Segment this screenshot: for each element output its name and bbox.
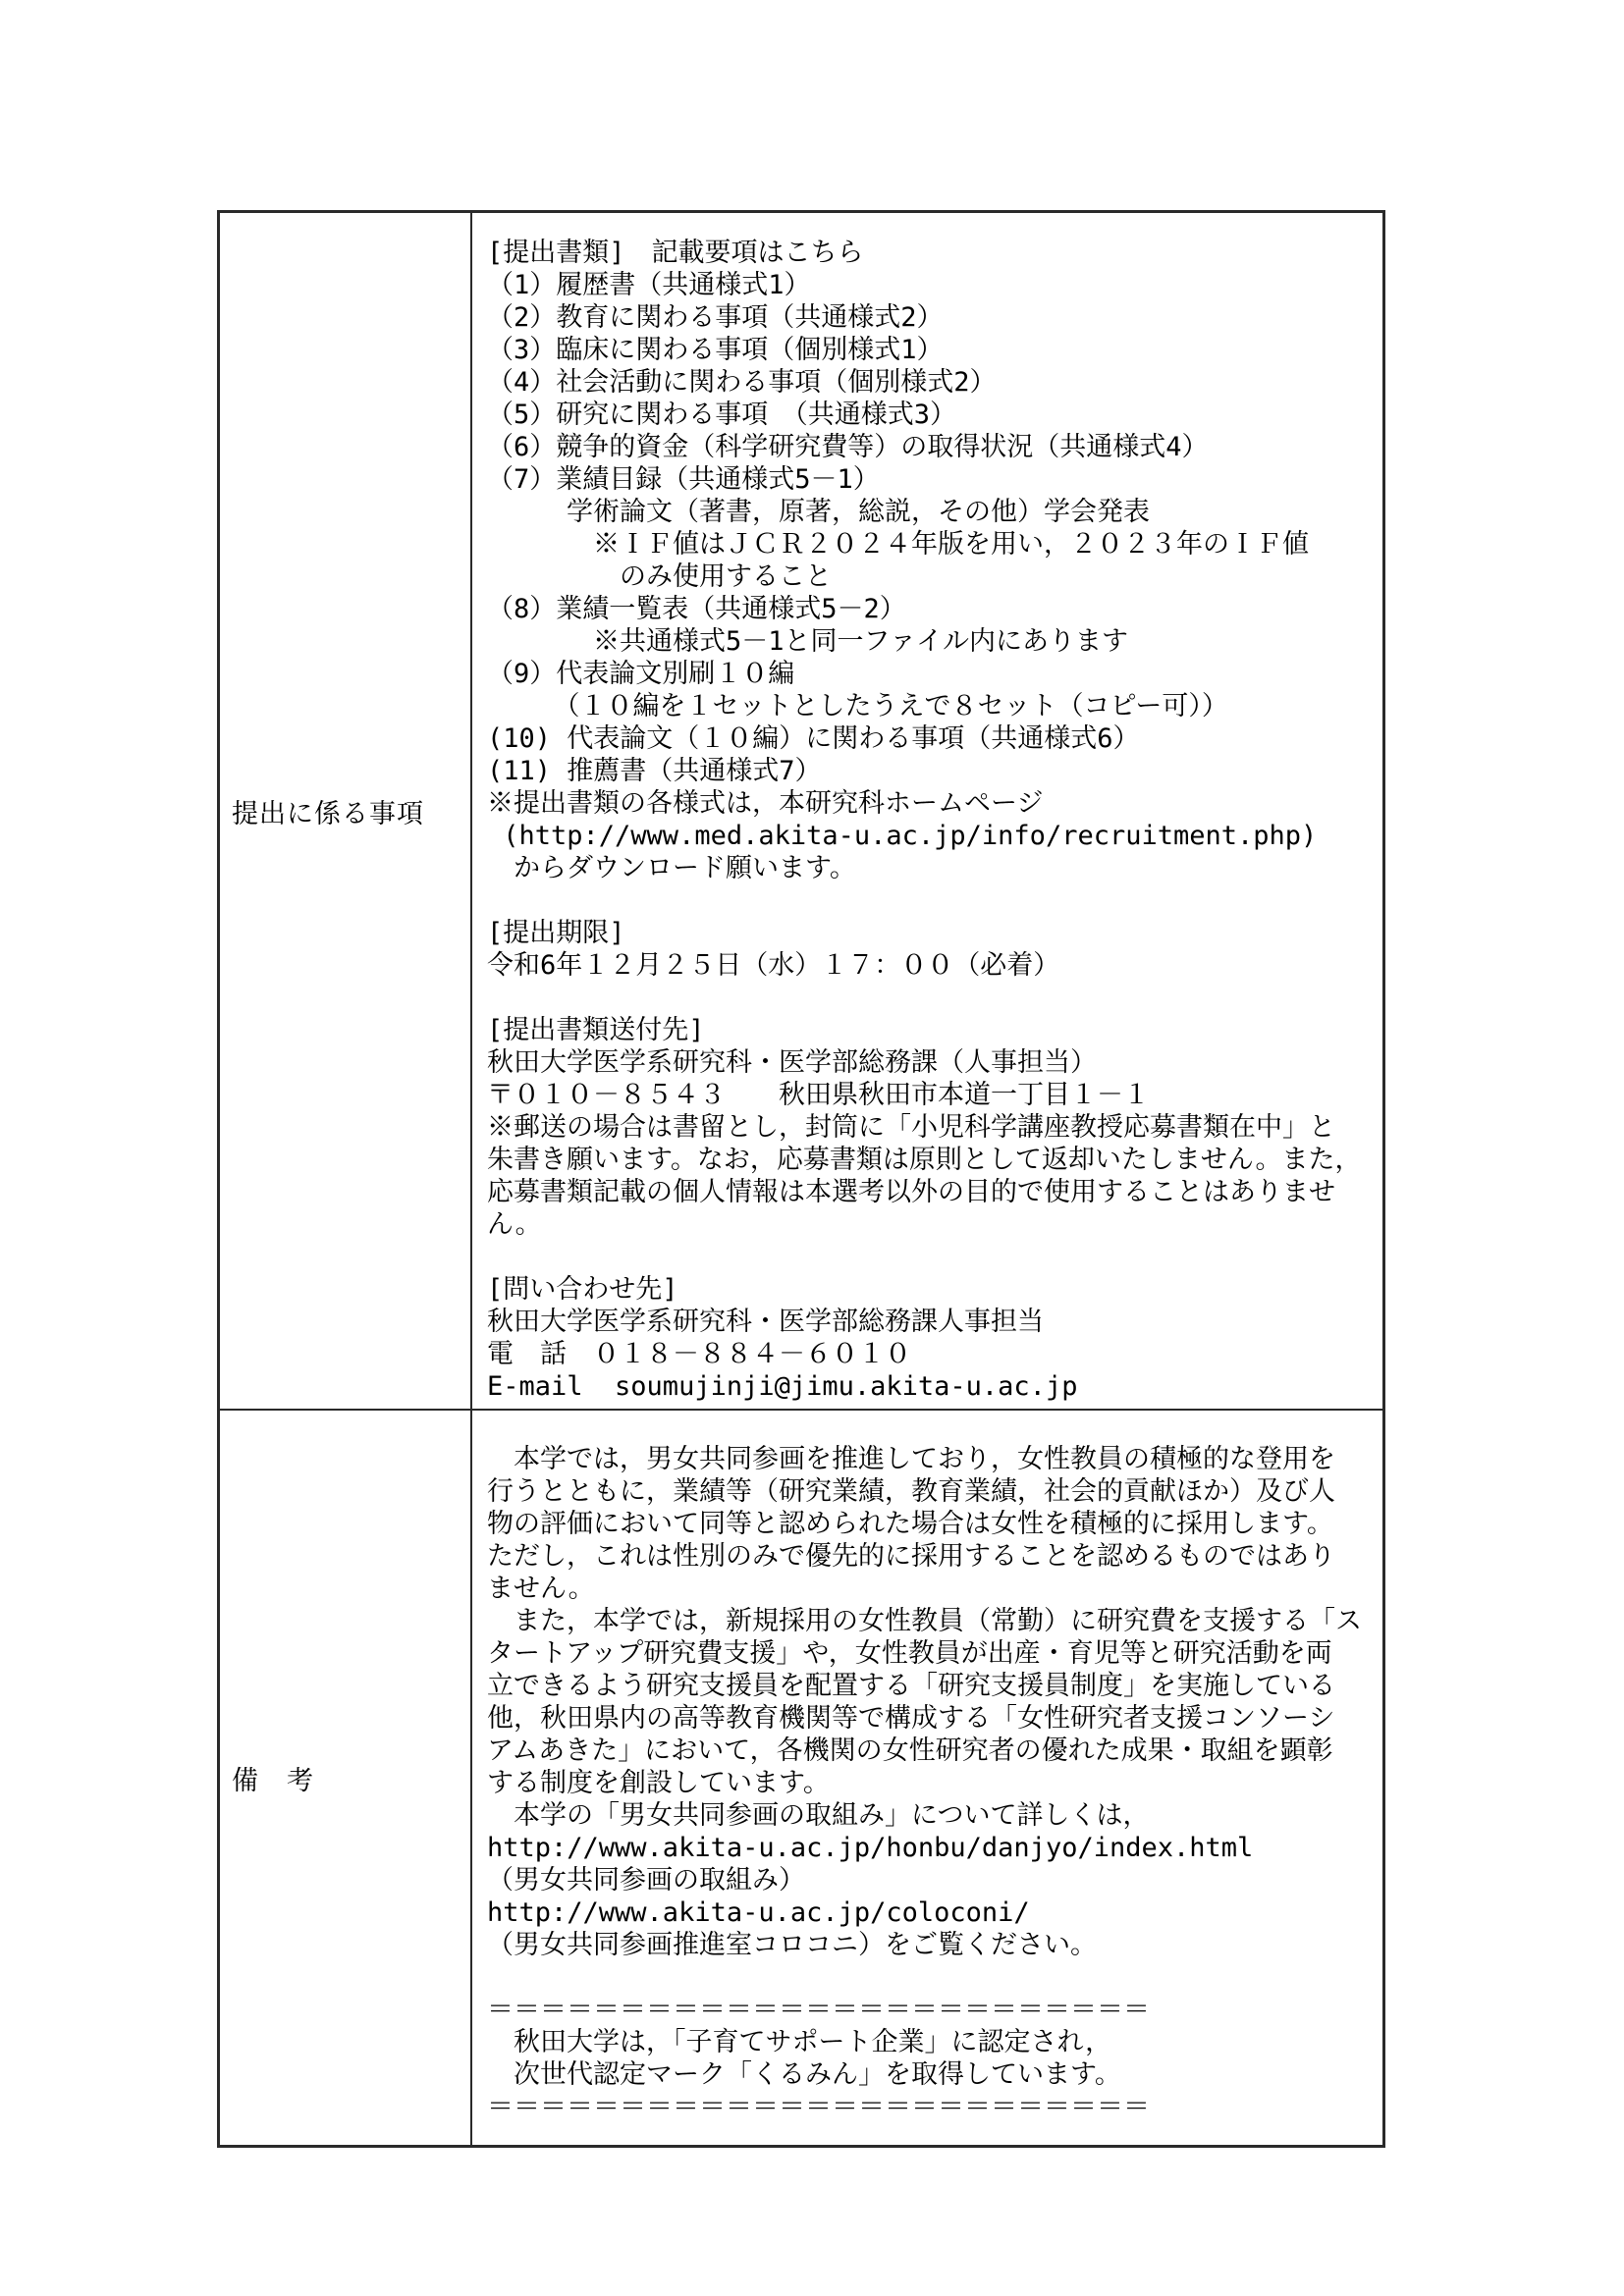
text-line: 物の評価において同等と認められた場合は女性を積極的に採用します。 [487, 1508, 1371, 1540]
text-line: （8）業績一覧表（共通様式5－2） [487, 593, 1371, 625]
text-line: ません。 [487, 1573, 1371, 1605]
text-line: （6）競争的資金（科学研究費等）の取得状況（共通様式4） [487, 431, 1371, 463]
text-line: 本学の「男女共同参画の取組み」について詳しくは， [487, 1799, 1371, 1832]
text-line: （5）研究に関わる事項 （共通様式3） [487, 399, 1371, 431]
text-line: E-mail soumujinji@jimu.akita-u.ac.jp [487, 1370, 1371, 1403]
row-content-submission: [提出書類] 記載要項はこちら（1）履歴書（共通様式1）（2）教育に関わる事項（… [472, 213, 1382, 1409]
text-line: 秋田大学医学系研究科・医学部総務課（人事担当） [487, 1046, 1371, 1079]
text-line: 次世代認定マーク「くるみん」を取得しています。 [487, 2058, 1371, 2091]
text-line: 電 話 ０１８－８８４－６０１０ [487, 1338, 1371, 1370]
text-line: 〒０１０－８５４３ 秋田県秋田市本道一丁目１－１ [487, 1079, 1371, 1111]
text-line: (10) 代表論文（１０編）に関わる事項（共通様式6） [487, 722, 1371, 755]
text-line [487, 1961, 1371, 1994]
text-line: （１０編を１セットとしたうえで８セット（コピー可）） [487, 690, 1371, 722]
text-line: （3）臨床に関わる事項（個別様式1） [487, 334, 1371, 366]
text-line: タートアップ研究費支援」や，女性教員が出産・育児等と研究活動を両 [487, 1637, 1371, 1670]
text-line: ※郵送の場合は書留とし，封筒に「小児科学講座教授応募書類在中」と [487, 1111, 1371, 1144]
document-page: 提出に係る事項 [提出書類] 記載要項はこちら（1）履歴書（共通様式1）（2）教… [0, 0, 1624, 2296]
text-line: 行うとともに，業績等（研究業績，教育業績，社会的貢献ほか）及び人 [487, 1475, 1371, 1508]
text-line: ※ＩＦ値はＪＣＲ２０２４年版を用い，２０２３年のＩＦ値 [487, 528, 1371, 561]
row-label-submission: 提出に係る事項 [220, 213, 472, 1409]
text-line: [問い合わせ先] [487, 1273, 1371, 1306]
text-line: [提出書類送付先] [487, 1014, 1371, 1046]
text-line: ん。 [487, 1208, 1371, 1241]
text-line: [提出期限] [487, 917, 1371, 949]
text-line: 本学では，男女共同参画を推進しており，女性教員の積極的な登用を [487, 1443, 1371, 1475]
text-line: http://www.akita-u.ac.jp/honbu/danjyo/in… [487, 1832, 1371, 1864]
text-line: （7）業績目録（共通様式5－1） [487, 463, 1371, 496]
text-line: （2）教育に関わる事項（共通様式2） [487, 301, 1371, 334]
text-line: また，本学では，新規採用の女性教員（常勤）に研究費を支援する「ス [487, 1605, 1371, 1637]
text-line: のみ使用すること [487, 561, 1371, 593]
row-label-remarks: 備 考 [220, 1411, 472, 2146]
text-line: 秋田大学医学系研究科・医学部総務課人事担当 [487, 1306, 1371, 1338]
text-line: ※提出書類の各様式は，本研究科ホームページ [487, 787, 1371, 820]
text-line: ＝＝＝＝＝＝＝＝＝＝＝＝＝＝＝＝＝＝＝＝＝＝＝＝＝ [487, 2091, 1371, 2123]
text-line: 立できるよう研究支援員を配置する「研究支援員制度」を実施している [487, 1670, 1371, 1702]
text-line: 令和6年１２月２５日（水）１７：００（必着） [487, 949, 1371, 982]
text-line: 朱書き願います。なお，応募書類は原則として返却いたしません。また， [487, 1144, 1371, 1176]
text-line: 応募書類記載の個人情報は本選考以外の目的で使用することはありませ [487, 1176, 1371, 1208]
table-row-remarks: 備 考 本学では，男女共同参画を推進しており，女性教員の積極的な登用を行うととも… [220, 1411, 1382, 2146]
text-line: (11) 推薦書（共通様式7） [487, 755, 1371, 787]
text-line: 他，秋田県内の高等教育機関等で構成する「女性研究者支援コンソーシ [487, 1702, 1371, 1735]
text-line: 秋田大学は，「子育てサポート企業」に認定され， [487, 2026, 1371, 2058]
text-line: http://www.akita-u.ac.jp/coloconi/ [487, 1896, 1371, 1929]
table-row-submission: 提出に係る事項 [提出書類] 記載要項はこちら（1）履歴書（共通様式1）（2）教… [220, 213, 1382, 1411]
text-line: からダウンロード願います。 [487, 852, 1371, 884]
text-line: ＝＝＝＝＝＝＝＝＝＝＝＝＝＝＝＝＝＝＝＝＝＝＝＝＝ [487, 1994, 1371, 2026]
text-line: [提出書類] 記載要項はこちら [487, 237, 1371, 269]
text-line: ※共通様式5－1と同一ファイル内にあります [487, 625, 1371, 658]
text-line: （男女共同参画の取組み） [487, 1864, 1371, 1896]
text-line [487, 1241, 1371, 1273]
text-line: （男女共同参画推進室コロコニ）をご覧ください。 [487, 1929, 1371, 1961]
text-line: （4）社会活動に関わる事項（個別様式2） [487, 366, 1371, 399]
row-content-remarks: 本学では，男女共同参画を推進しており，女性教員の積極的な登用を行うとともに，業績… [472, 1411, 1382, 2146]
text-line: （1）履歴書（共通様式1） [487, 269, 1371, 301]
text-line: (http://www.med.akita-u.ac.jp/info/recru… [487, 820, 1371, 852]
text-line [487, 982, 1371, 1014]
text-line: ただし，これは性別のみで優先的に採用することを認めるものではあり [487, 1540, 1371, 1573]
text-line: する制度を創設しています。 [487, 1767, 1371, 1799]
text-line: （9）代表論文別刷１０編 [487, 658, 1371, 690]
info-table: 提出に係る事項 [提出書類] 記載要項はこちら（1）履歴書（共通様式1）（2）教… [217, 210, 1385, 2148]
text-line: アムあきた」において，各機関の女性研究者の優れた成果・取組を顕彰 [487, 1735, 1371, 1767]
text-line [487, 884, 1371, 917]
text-line: 学術論文（著書，原著，総説，その他）学会発表 [487, 496, 1371, 528]
